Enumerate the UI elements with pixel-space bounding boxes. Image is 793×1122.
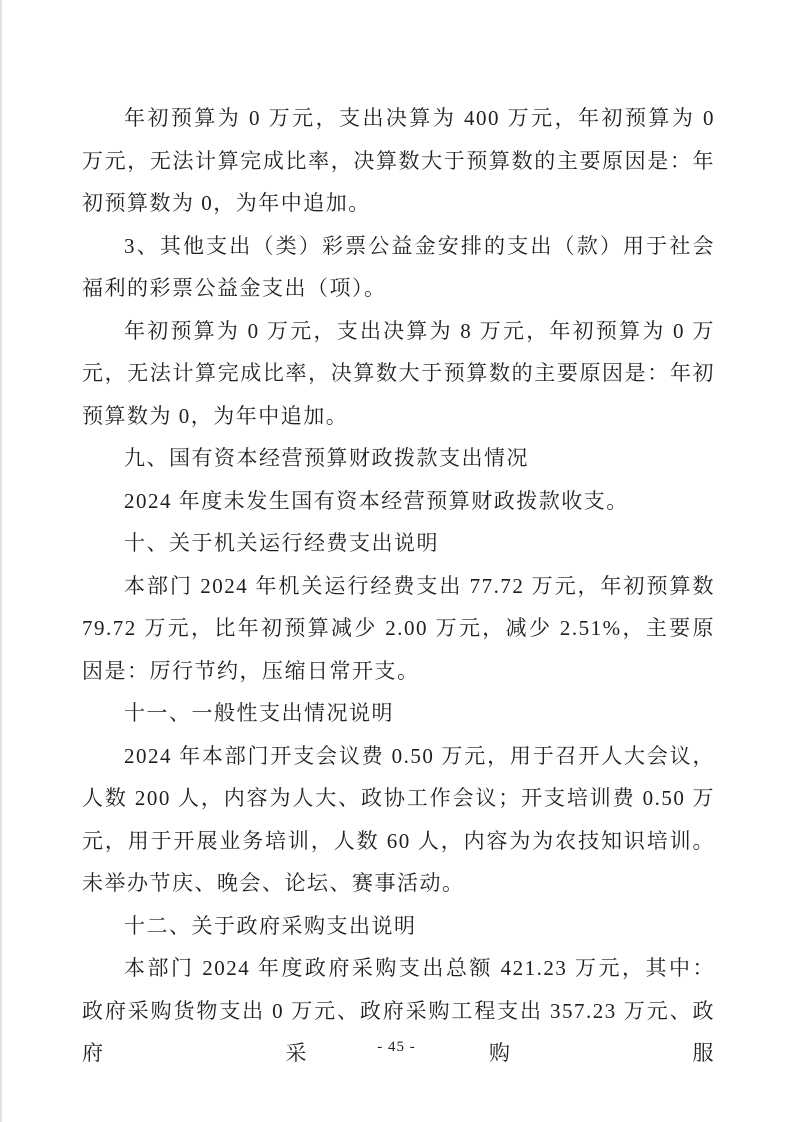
paragraph-item3-lottery-welfare: 3、其他支出（类）彩票公益金安排的支出（款）用于社会福利的彩票公益金支出（项）。 <box>82 225 715 310</box>
document-page: 年初预算为 0 万元，支出决算为 400 万元，年初预算为 0 万元，无法计算完… <box>0 0 793 1122</box>
paragraph-no-state-capital-expense: 2024 年度未发生国有资本经营预算财政拨款收支。 <box>82 480 715 523</box>
paragraph-budget-8: 年初预算为 0 万元，支出决算为 8 万元，年初预算为 0 万元，无法计算完成比… <box>82 310 715 438</box>
paragraph-general-expense-detail: 2024 年本部门开支会议费 0.50 万元，用于召开人大会议，人数 200 人… <box>82 735 715 905</box>
section-heading-12-procurement: 十二、关于政府采购支出说明 <box>82 905 715 948</box>
section-heading-10-operating-expense: 十、关于机关运行经费支出说明 <box>82 522 715 565</box>
page-footer: - 45 - <box>0 1033 793 1061</box>
paragraph-budget-400: 年初预算为 0 万元，支出决算为 400 万元，年初预算为 0 万元，无法计算完… <box>82 97 715 225</box>
section-heading-9-state-capital: 九、国有资本经营预算财政拨款支出情况 <box>82 437 715 480</box>
page-number: - 45 - <box>377 1039 416 1055</box>
page-edge-divider <box>0 0 2 1122</box>
document-body: 年初预算为 0 万元，支出决算为 400 万元，年初预算为 0 万元，无法计算完… <box>82 97 715 1075</box>
paragraph-operating-expense-detail: 本部门 2024 年机关运行经费支出 77.72 万元，年初预算数 79.72 … <box>82 565 715 693</box>
section-heading-11-general-expense: 十一、一般性支出情况说明 <box>82 692 715 735</box>
